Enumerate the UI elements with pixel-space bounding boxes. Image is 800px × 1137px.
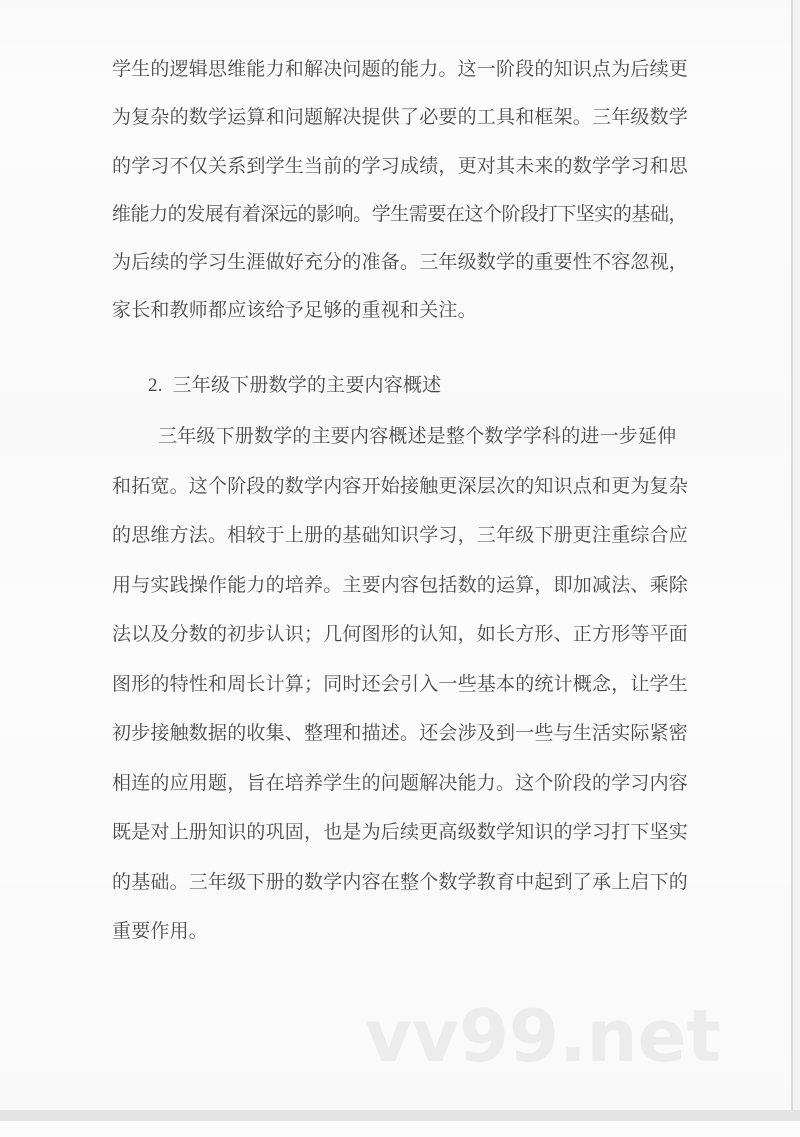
paragraph-1: 学生的逻辑思维能力和解决问题的能力。这一阶段的知识点为后续更 为复杂的数学运算和… [112,46,712,336]
section-heading-text: 2. 三年级下册数学的主要内容概述 [112,362,712,410]
text-line: 学生的逻辑思维能力和解决问题的能力。这一阶段的知识点为后续更 [112,46,712,94]
watermark-text: vv99.net [365,1000,721,1075]
text-line: 既是对上册知识的巩固，也是为后续更高级数学知识的学习打下坚实 [112,808,712,858]
text-line: 图形的特性和周长计算；同时还会引入一些基本的统计概念，让学生 [112,660,712,710]
text-line: 为复杂的数学运算和问题解决提供了必要的工具和框架。三年级数学 [112,94,712,142]
text-line: 维能力的发展有着深远的影响。学生需要在这个阶段打下坚实的基础， [112,191,712,239]
next-page-top-area [0,1121,800,1137]
section-heading-2: 2. 三年级下册数学的主要内容概述 [112,362,712,410]
text-line: 相连的应用题，旨在培养学生的问题解决能力。这个阶段的学习内容 [112,759,712,809]
text-line: 的学习不仅关系到学生当前的学习成绩，更对其未来的数学学习和思 [112,143,712,191]
text-line: 的思维方法。相较于上册的基础知识学习，三年级下册更注重综合应 [112,511,712,561]
text-line: 为后续的学习生涯做好充分的准备。三年级数学的重要性不容忽视， [112,239,712,287]
document-page: 学生的逻辑思维能力和解决问题的能力。这一阶段的知识点为后续更 为复杂的数学运算和… [0,0,800,1137]
text-line: 用与实践操作能力的培养。主要内容包括数的运算，即加减法、乘除 [112,561,712,611]
page-right-edge-strip [791,0,800,1110]
text-line: 三年级下册数学的主要内容概述是整个数学学科的进一步延伸 [112,412,712,462]
page-break-band [0,1110,800,1121]
text-line: 和拓宽。这个阶段的数学内容开始接触更深层次的知识点和更为复杂 [112,462,712,512]
text-line: 初步接触数据的收集、整理和描述。还会涉及到一些与生活实际紧密 [112,709,712,759]
text-line: 家长和教师都应该给予足够的重视和关注。 [112,287,712,335]
paragraph-2: 三年级下册数学的主要内容概述是整个数学学科的进一步延伸 和拓宽。这个阶段的数学内… [112,412,712,957]
text-line: 法以及分数的初步认识；几何图形的认知，如长方形、正方形等平面 [112,610,712,660]
text-line: 重要作用。 [112,907,712,957]
text-line: 的基础。三年级下册的数学内容在整个数学教育中起到了承上启下的 [112,858,712,908]
